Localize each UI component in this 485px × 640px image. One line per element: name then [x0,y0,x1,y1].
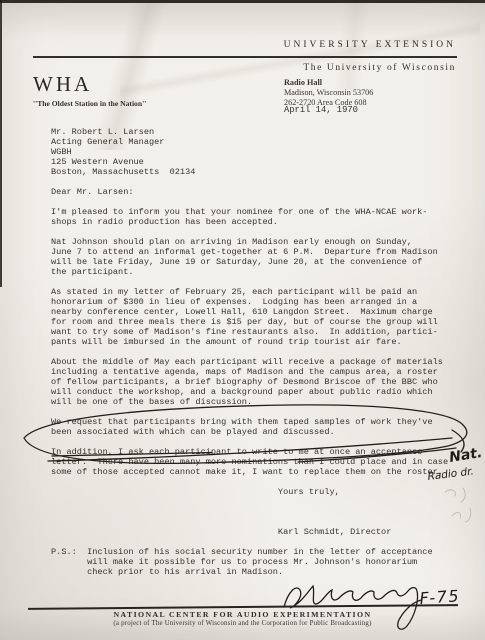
station-tagline: ''The Oldest Station in the Nation'' [33,99,146,108]
scanned-letter-page: UNIVERSITY EXTENSION The University of W… [0,0,485,640]
letterhead-address-line2: Madison, Wisconsin 53706 [284,88,373,98]
footer-rule [28,604,458,609]
scan-edge-top [0,0,485,3]
footer-subtitle: (a project of The University of Wisconsi… [0,620,485,627]
footer-title: NATIONAL CENTER FOR AUDIO EXPERIMENTATIO… [0,610,485,619]
scan-edge-left [0,0,2,287]
letterhead-address: Radio Hall Madison, Wisconsin 53706 262-… [284,78,373,108]
letter-date: April 14, 1970 [284,105,358,115]
letterhead-rule [33,56,457,58]
footer: NATIONAL CENTER FOR AUDIO EXPERIMENTATIO… [0,610,485,627]
org-name-university-of-wisconsin: The University of Wisconsin [303,63,456,73]
station-callsign-wha: WHA [33,72,92,97]
letter-body: Mr. Robert L. Larsen Acting General Mana… [51,127,471,577]
letterhead-address-line1: Radio Hall [284,78,373,88]
org-name-university-extension: UNIVERSITY EXTENSION [284,40,456,50]
